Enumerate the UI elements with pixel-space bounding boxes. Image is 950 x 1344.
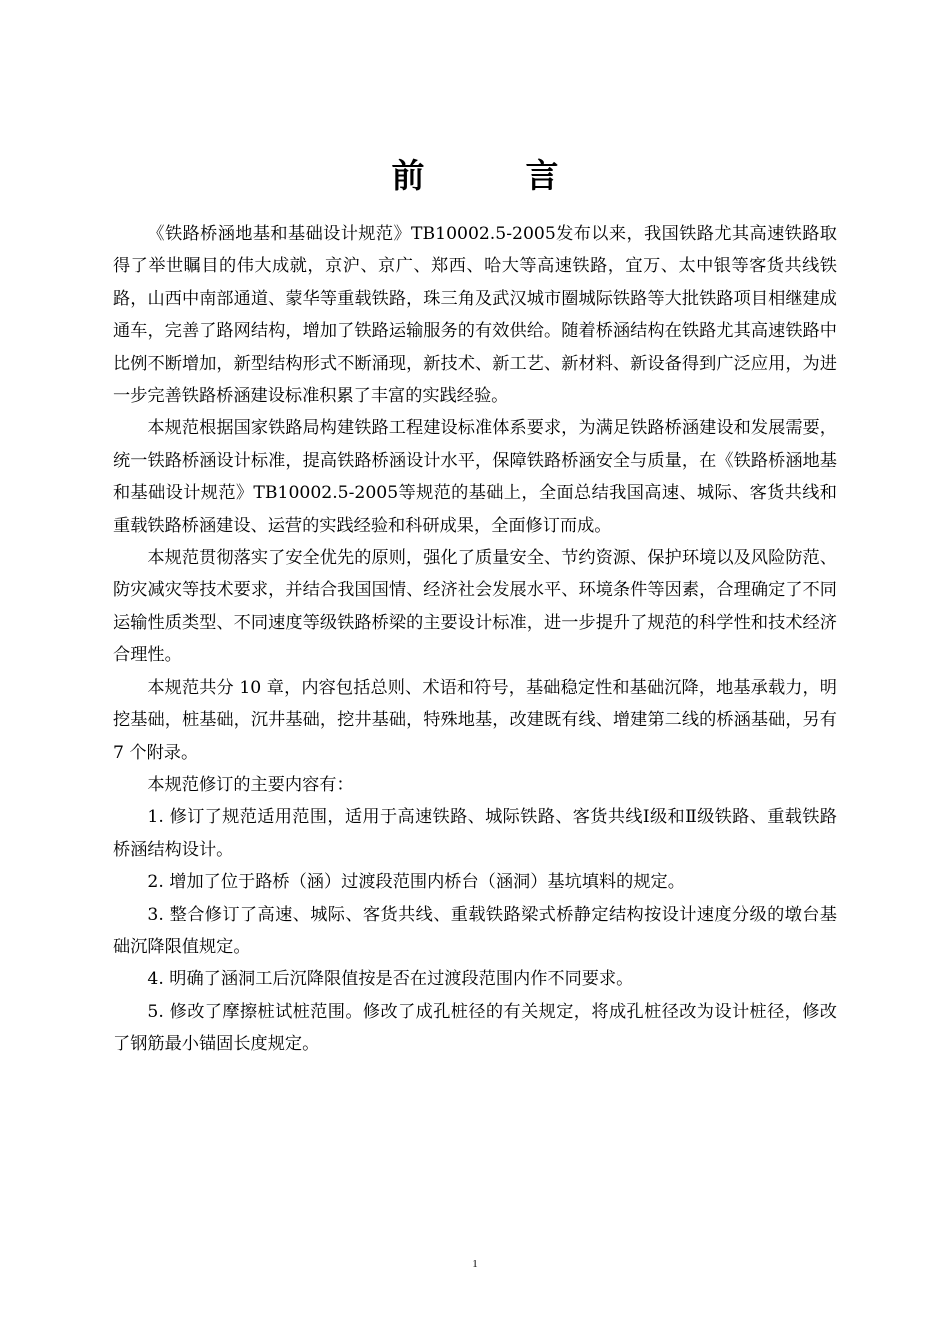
paragraph-intro: 《铁路桥涵地基和基础设计规范》TB10002.5-2005发布以来，我国铁路尤其… [113, 218, 837, 412]
document-page: 前 言 《铁路桥涵地基和基础设计规范》TB10002.5-2005发布以来，我国… [0, 0, 950, 1344]
paragraph-chapters: 本规范共分 10 章，内容包括总则、术语和符号，基础稳定性和基础沉降，地基承载力… [113, 672, 837, 769]
page-number: 1 [0, 1258, 950, 1270]
revision-item-3: 3. 整合修订了高速、城际、客货共线、重载铁路梁式桥静定结构按设计速度分级的墩台… [113, 899, 837, 964]
revision-item-1: 1. 修订了规范适用范围，适用于高速铁路、城际铁路、客货共线Ⅰ级和Ⅱ级铁路、重载… [113, 801, 837, 866]
revision-item-4: 4. 明确了涵洞工后沉降限值按是否在过渡段范围内作不同要求。 [113, 963, 837, 995]
paragraph-revisions-heading: 本规范修订的主要内容有： [113, 769, 837, 801]
paragraph-basis: 本规范根据国家铁路局构建铁路工程建设标准体系要求，为满足铁路桥涵建设和发展需要，… [113, 412, 837, 542]
document-body: 《铁路桥涵地基和基础设计规范》TB10002.5-2005发布以来，我国铁路尤其… [113, 218, 837, 1061]
page-title: 前 言 [0, 152, 950, 200]
revision-item-5: 5. 修改了摩擦桩试桩范围。修改了成孔桩径的有关规定，将成孔桩径改为设计桩径，修… [113, 996, 837, 1061]
paragraph-principles: 本规范贯彻落实了安全优先的原则，强化了质量安全、节约资源、保护环境以及风险防范、… [113, 542, 837, 672]
revision-item-2: 2. 增加了位于路桥（涵）过渡段范围内桥台（涵洞）基坑填料的规定。 [113, 866, 837, 898]
